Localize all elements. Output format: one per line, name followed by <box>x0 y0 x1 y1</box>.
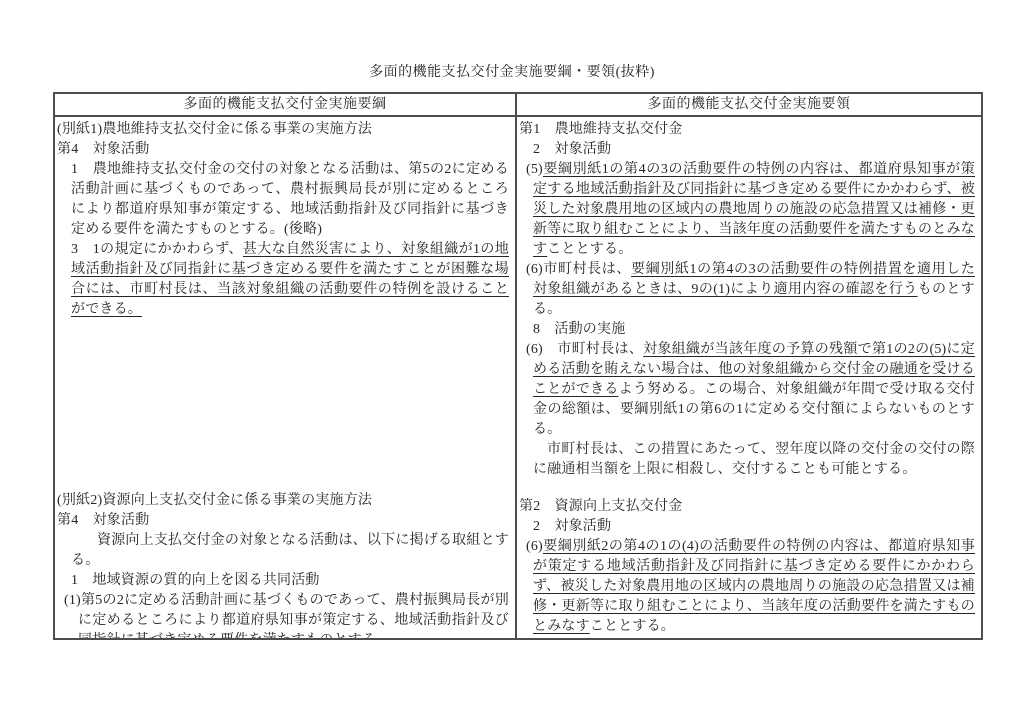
text-segment: 3 1の規定にかかわらず、 <box>71 242 243 257</box>
paragraph: 第2 資源向上支払交付金 <box>519 497 975 517</box>
document-title: 多面的機能支払交付金実施要綱・要領(抜粋) <box>0 61 1024 81</box>
paragraph: (5)要綱別紙1の第4の3の活動要件の特例の内容は、都道府県知事が策定する地域活… <box>519 160 975 260</box>
paragraph: (別紙2)資源向上支払交付金に係る事業の実施方法 <box>57 491 509 511</box>
comparison-table: 多面的機能支払交付金実施要綱 多面的機能支払交付金実施要領 (別紙1)農地維持支… <box>53 92 983 640</box>
text-segment: (6) 市町村長は、 <box>526 342 643 357</box>
paragraph: 資源向上支払交付金の対象となる活動は、以下に掲げる取組とする。 <box>57 531 509 571</box>
text-segment: 第2 資源向上支払交付金 <box>519 499 682 514</box>
text-segment: (別紙1)農地維持支払交付金に係る事業の実施方法 <box>57 122 372 137</box>
text-segment: 市町村長は、この措置にあたって、翌年度以降の交付金の交付の際に融通相当額を上限に… <box>533 442 975 477</box>
text-segment: 第1 農地維持支払交付金 <box>519 122 682 137</box>
paragraph: 第4 対象活動 <box>57 511 509 531</box>
table-cell-left: (別紙1)農地維持支払交付金に係る事業の実施方法第4 対象活動1 農地維持支払交… <box>55 117 517 638</box>
paragraph: (別紙1)農地維持支払交付金に係る事業の実施方法 <box>57 120 509 140</box>
text-segment: (別紙2)資源向上支払交付金に係る事業の実施方法 <box>57 493 372 508</box>
paragraph: 8 活動の実施 <box>519 320 975 340</box>
text-segment: 2 対象活動 <box>533 519 611 534</box>
table-header-left: 多面的機能支払交付金実施要綱 <box>55 94 517 115</box>
document-page: 多面的機能支払交付金実施要綱・要領(抜粋) 多面的機能支払交付金実施要綱 多面的… <box>0 0 1024 724</box>
table-body-row: (別紙1)農地維持支払交付金に係る事業の実施方法第4 対象活動1 農地維持支払交… <box>55 117 981 638</box>
paragraph: 第1 農地維持支払交付金 <box>519 120 975 140</box>
text-segment: (6) <box>526 539 543 554</box>
text-segment: 第4 対象活動 <box>57 513 149 528</box>
paragraph: 3 1の規定にかかわらず、甚大な自然災害により、対象組織が1の地域活動指針及び同… <box>57 240 509 320</box>
text-segment: こととする。 <box>590 619 675 634</box>
spacer <box>519 480 975 497</box>
paragraph: 2 対象活動 <box>519 140 975 160</box>
table-header-row: 多面的機能支払交付金実施要綱 多面的機能支払交付金実施要領 <box>55 94 981 117</box>
text-segment: 第4 対象活動 <box>57 142 149 157</box>
text-segment: 1 農地維持支払交付金の交付の対象となる活動は、第5の2に定める活動計画に基づく… <box>71 162 509 237</box>
paragraph: 2 対象活動 <box>519 517 975 537</box>
text-segment: (6)市町村長は、 <box>526 262 631 277</box>
paragraph: (1)第5の2に定める活動計画に基づくものであって、農村振興局長が別に定めるとこ… <box>57 591 509 638</box>
paragraph: 1 地域資源の質的向上を図る共同活動 <box>57 571 509 591</box>
text-segment: 8 活動の実施 <box>533 322 625 337</box>
text-segment: (5) <box>526 162 543 177</box>
spacer <box>57 320 509 491</box>
text-segment: こととする。 <box>547 242 632 257</box>
text-segment: (1)第5の2に定める活動計画に基づくものであって、農村振興局長が別に定めるとこ… <box>64 593 509 638</box>
paragraph: (6)市町村長は、要綱別紙1の第4の3の活動要件の特例措置を適用した対象組織があ… <box>519 260 975 320</box>
paragraph: (6) 市町村長は、対象組織が当該年度の予算の残額で第1の2の(5)に定める活動… <box>519 340 975 440</box>
table-cell-right: 第1 農地維持支払交付金2 対象活動(5)要綱別紙1の第4の3の活動要件の特例の… <box>517 117 981 638</box>
paragraph: 市町村長は、この措置にあたって、翌年度以降の交付金の交付の際に融通相当額を上限に… <box>519 440 975 480</box>
text-segment: 2 対象活動 <box>533 142 611 157</box>
table-header-right: 多面的機能支払交付金実施要領 <box>517 94 981 115</box>
text-segment: 1 地域資源の質的向上を図る共同活動 <box>71 573 320 588</box>
paragraph: 第4 対象活動 <box>57 140 509 160</box>
paragraph: (6)要綱別紙2の第4の1の(4)の活動要件の特例の内容は、都道府県知事が策定す… <box>519 537 975 637</box>
text-segment: 資源向上支払交付金の対象となる活動は、以下に掲げる取組とする。 <box>71 533 509 568</box>
paragraph: 1 農地維持支払交付金の交付の対象となる活動は、第5の2に定める活動計画に基づく… <box>57 160 509 240</box>
